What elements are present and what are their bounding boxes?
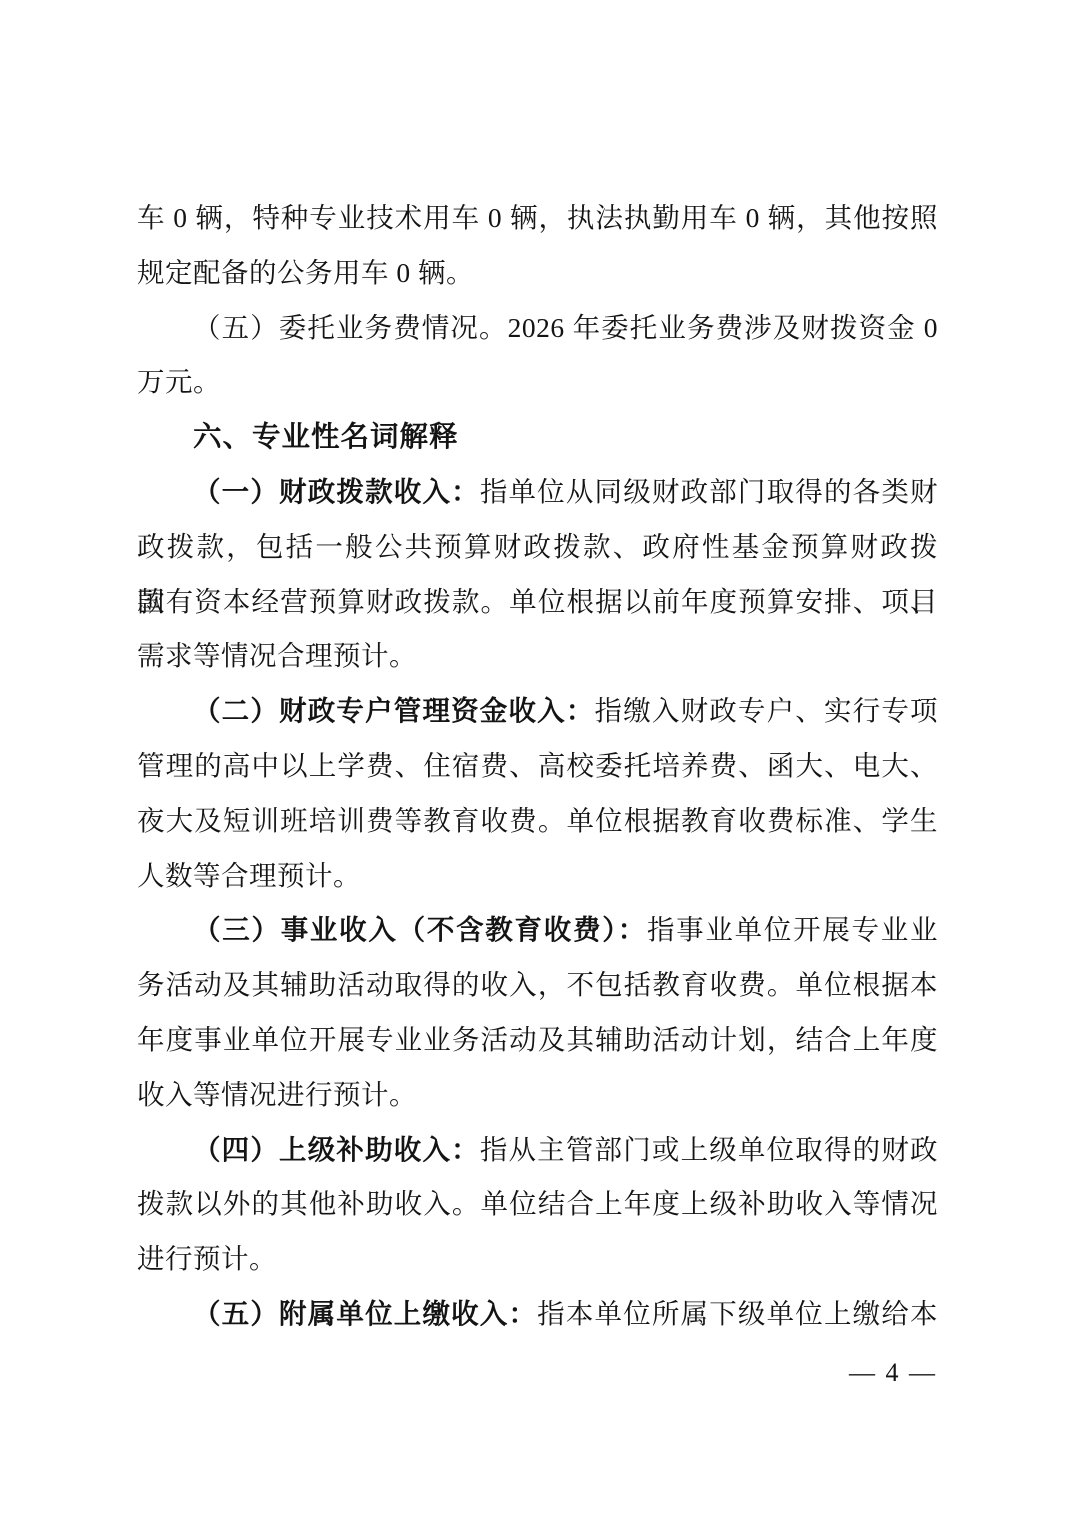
term-line-special-account-income: （二）财政专户管理资金收入：指缴入财政专户、实行专项 [137,684,938,739]
body-text: 车 0 辆，特种专业技术用车 0 辆，执法执勤用车 0 辆，其他按照 [137,202,938,233]
section-heading-terminology: 六、专业性名词解释 [137,410,938,465]
body-text: 务活动及其辅助活动取得的收入，不包括教育收费。单位根据本 [137,969,938,1000]
body-line-continuation: 车 0 辆，特种专业技术用车 0 辆，执法执勤用车 0 辆，其他按照 [137,191,938,246]
body-text: 收入等情况进行预计。 [137,1079,417,1110]
body-text: 规定配备的公务用车 0 辆。 [137,257,474,288]
body-line: 管理的高中以上学费、住宿费、高校委托培养费、函大、电大、 [137,739,938,794]
body-line: 需求等情况合理预计。 [137,629,938,684]
term-definition-text: 指事业单位开展专业业 [647,914,938,945]
body-line: 政拨款，包括一般公共预算财政拨款、政府性基金预算财政拨款、 [137,520,938,575]
body-line: 拨款以外的其他补助收入。单位结合上年度上级补助收入等情况 [137,1177,938,1232]
body-line: 年度事业单位开展专业业务活动及其辅助活动计划，结合上年度 [137,1013,938,1068]
term-label: （二）财政专户管理资金收入： [193,695,595,726]
body-line: 规定配备的公务用车 0 辆。 [137,246,938,301]
body-line: 夜大及短训班培训费等教育收费。单位根据教育收费标准、学生 [137,794,938,849]
body-line: 人数等合理预计。 [137,849,938,904]
term-line-superior-subsidy-income: （四）上级补助收入：指从主管部门或上级单位取得的财政 [137,1123,938,1178]
term-definition-text: 指缴入财政专户、实行专项 [595,695,938,726]
term-definition-text: 指本单位所属下级单位上缴给本 [537,1298,938,1329]
body-text: 拨款以外的其他补助收入。单位结合上年度上级补助收入等情况 [137,1188,938,1219]
body-text: 国有资本经营预算财政拨款。单位根据以前年度预算安排、项目 [137,586,938,617]
body-line: 务活动及其辅助活动取得的收入，不包括教育收费。单位根据本 [137,958,938,1013]
section-heading-text: 六、专业性名词解释 [193,421,459,453]
body-text: 2026 年委托业务费涉及财拨资金 0 [508,312,938,343]
term-label: （一）财政拨款收入： [193,476,480,507]
document-body: 车 0 辆，特种专业技术用车 0 辆，执法执勤用车 0 辆，其他按照 规定配备的… [137,191,938,1342]
document-page: 车 0 辆，特种专业技术用车 0 辆，执法执勤用车 0 辆，其他按照 规定配备的… [0,0,1074,1520]
body-line: 万元。 [137,355,938,410]
body-line-item-5-entrusted-fees: （五）委托业务费情况。2026 年委托业务费涉及财拨资金 0 [137,301,938,356]
term-line-fiscal-appropriation-income: （一）财政拨款收入：指单位从同级财政部门取得的各类财 [137,465,938,520]
term-label: （三）事业收入（不含教育收费）： [193,914,647,945]
page-number: — 4 — [849,1349,937,1397]
body-text: 管理的高中以上学费、住宿费、高校委托培养费、函大、电大、 [137,750,938,781]
term-definition-text: 指单位从同级财政部门取得的各类财 [480,476,938,507]
body-text: 进行预计。 [137,1243,277,1274]
body-text: 人数等合理预计。 [137,860,361,891]
body-text: 年度事业单位开展专业业务活动及其辅助活动计划，结合上年度 [137,1024,938,1055]
term-line-operational-income: （三）事业收入（不含教育收费）：指事业单位开展专业业 [137,903,938,958]
body-text: 需求等情况合理预计。 [137,640,417,671]
term-definition-text: 指从主管部门或上级单位取得的财政 [480,1134,938,1165]
body-text: 夜大及短训班培训费等教育收费。单位根据教育收费标准、学生 [137,805,938,836]
item-label: （五）委托业务费情况。 [193,312,508,343]
body-line: 进行预计。 [137,1232,938,1287]
term-label: （五）附属单位上缴收入： [193,1298,537,1329]
term-label: （四）上级补助收入： [193,1134,480,1165]
term-line-subordinate-remittance-income: （五）附属单位上缴收入：指本单位所属下级单位上缴给本 [137,1287,938,1342]
body-text: 万元。 [137,366,221,397]
body-line: 国有资本经营预算财政拨款。单位根据以前年度预算安排、项目 [137,575,938,630]
body-line: 收入等情况进行预计。 [137,1068,938,1123]
